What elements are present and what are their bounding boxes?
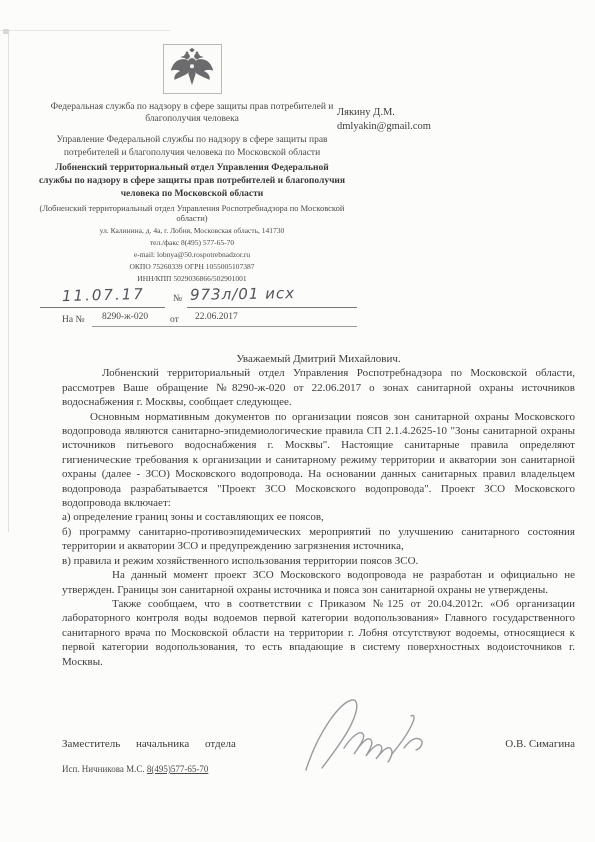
office-phone: тел./факс 8(495) 577-65-70: [38, 238, 346, 247]
outgoing-number-handwritten: 973л/01 исх: [190, 284, 295, 304]
executor-phone: 8(495)577-65-70: [147, 764, 209, 774]
signature-row: Заместитель начальника отдела О.В. Симаг…: [62, 738, 575, 750]
incoming-date-underline: [192, 326, 357, 327]
paragraph-3: На данный момент проект ЗСО Московского …: [62, 568, 575, 597]
date-underline: [40, 307, 165, 308]
office-address: ул. Калинина, д. 4а, г. Лобня, Московска…: [38, 226, 346, 235]
executor-name: Исп. Ничникова М.С.: [62, 764, 145, 774]
number-underline: [187, 307, 357, 308]
department-name: Управление Федеральной службы по надзору…: [38, 134, 346, 160]
letter-body: Уважаемый Дмитрий Михайлович. Лобненский…: [62, 352, 575, 669]
reply-to-label: На №: [62, 315, 85, 325]
recipient-name: Лякину Д.М.: [337, 106, 431, 120]
outgoing-date-handwritten: 11.07.17: [62, 285, 145, 305]
russian-coat-of-arms-icon: [169, 47, 215, 92]
zso-project-list: а) определение границ зоны и составляющи…: [62, 510, 575, 568]
scanned-letter-page: Федеральная служба по надзору в сфере за…: [0, 0, 595, 842]
incoming-number-underline: [92, 326, 194, 327]
list-item-b: б) программу санитарно-противоэпидемичес…: [62, 525, 575, 554]
scan-artifact-hline: [0, 30, 170, 31]
from-label: от: [170, 315, 179, 325]
paragraph-1: Лобненский территориальный отдел Управле…: [62, 366, 575, 409]
territorial-office-name: Лобненский территориальный отдел Управле…: [38, 162, 346, 201]
signer-name: О.В. Симагина: [505, 738, 575, 750]
incoming-number: 8290-ж-020: [102, 312, 148, 322]
letterhead: Федеральная служба по надзору в сфере за…: [38, 44, 346, 283]
handwritten-signature-icon: [300, 692, 440, 782]
list-item-v: в) правила и режим хозяйственного исполь…: [62, 554, 575, 568]
agency-name: Федеральная служба по надзору в сфере за…: [38, 101, 346, 125]
office-email: e-mail: lobnya@50.rospotrebnadzor.ru: [38, 250, 346, 259]
signer-position: Заместитель начальника отдела: [62, 738, 236, 750]
recipient-email: dmlyakin@gmail.com: [337, 120, 431, 134]
territorial-office-short-name: (Лобненский территориальный отдел Управл…: [38, 203, 346, 223]
paragraph-4: Также сообщаем, что в соответствии с При…: [62, 597, 575, 669]
incoming-date: 22.06.2017: [195, 312, 238, 322]
recipient-block: Лякину Д.М. dmlyakin@gmail.com: [337, 106, 431, 134]
scan-artifact-vline: [8, 32, 9, 532]
office-inn-kpp: ИНН/КПП 5029036866/502901001: [38, 274, 346, 283]
list-item-a: а) определение границ зоны и составляющи…: [62, 510, 575, 524]
office-okpo-ogrn: ОКПО 75260339 ОГРН 1055005107387: [38, 262, 346, 271]
coat-of-arms-box: [163, 44, 222, 94]
executor-line: Исп. Ничникова М.С. 8(495)577-65-70: [62, 764, 208, 774]
salutation: Уважаемый Дмитрий Михайлович.: [62, 352, 575, 366]
number-sign-label: №: [173, 294, 182, 304]
paragraph-2: Основным нормативным документов по орган…: [62, 410, 575, 511]
scan-artifact-smudge: [3, 29, 9, 34]
